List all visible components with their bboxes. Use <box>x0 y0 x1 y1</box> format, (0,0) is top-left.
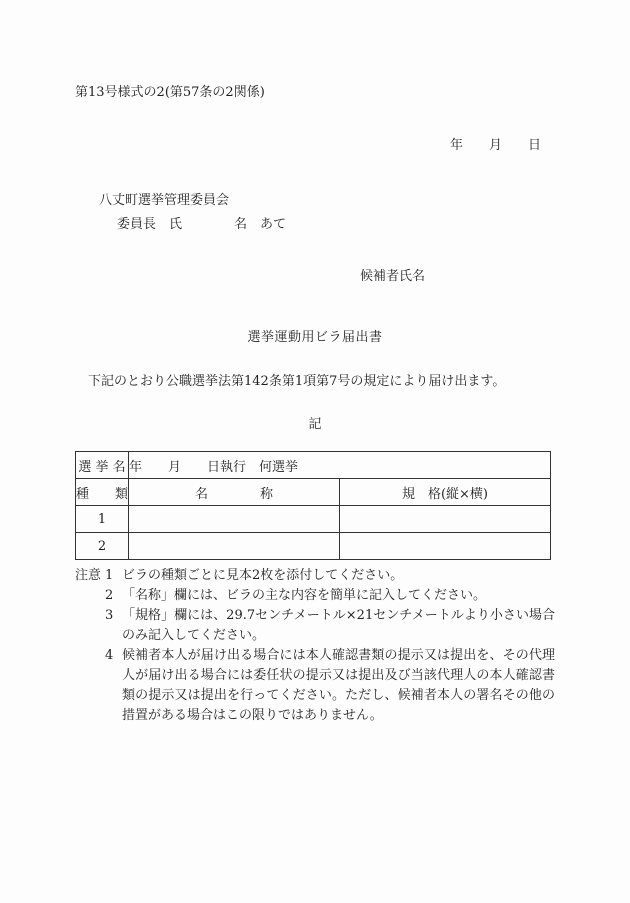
name-cell <box>129 506 340 533</box>
note-number: 3 <box>105 606 122 646</box>
ki-heading: 記 <box>0 413 630 432</box>
name-cell <box>129 533 340 560</box>
note-number: 4 <box>105 646 122 726</box>
document-page: 第13号様式の2(第57条の2関係) 年 月 日 八丈町選挙管理委員会 委員長 … <box>0 0 630 903</box>
note-item: 3 「規格」欄には、29.7センチメートル×21センチメートルより小さい場合のみ… <box>105 606 555 646</box>
date-line: 年 月 日 <box>450 134 541 153</box>
election-name-value: 年 月 日執行 何選挙 <box>129 452 551 479</box>
column-header-name: 名 称 <box>129 479 340 506</box>
flyer-notification-table: 選 挙 名 年 月 日執行 何選挙 種 類 名 称 規 格(縦×横) 1 2 <box>75 451 551 560</box>
note-item: 4 候補者本人が届け出る場合には本人確認書類の提示又は提出を、その代理人が届け出… <box>105 646 555 726</box>
election-name-label: 選 挙 名 <box>76 452 129 479</box>
declaration-text: 下記のとおり公職選挙法第142条第1項第7号の規定により届け出ます。 <box>88 370 505 389</box>
row-number: 2 <box>76 533 129 560</box>
notes-items: 1 ビラの種類ごとに見本2枚を添付してください。 2 「名称」欄には、ビラの主な… <box>105 566 555 726</box>
note-item: 1 ビラの種類ごとに見本2枚を添付してください。 <box>105 566 555 586</box>
table-header-row: 種 類 名 称 規 格(縦×横) <box>76 479 551 506</box>
note-item: 2 「名称」欄には、ビラの主な内容を簡単に記入してください。 <box>105 586 555 606</box>
table-row: 1 <box>76 506 551 533</box>
notes-label: 注意 <box>75 566 105 726</box>
spec-cell <box>340 533 551 560</box>
table-row: 2 <box>76 533 551 560</box>
note-text: 「名称」欄には、ビラの主な内容を簡単に記入してください。 <box>122 586 555 606</box>
document-title: 選挙運動用ビラ届出書 <box>0 326 630 345</box>
column-header-spec: 規 格(縦×横) <box>340 479 551 506</box>
note-text: ビラの種類ごとに見本2枚を添付してください。 <box>122 566 555 586</box>
note-text: 「規格」欄には、29.7センチメートル×21センチメートルより小さい場合のみ記入… <box>122 606 555 646</box>
note-number: 1 <box>105 566 122 586</box>
column-header-type: 種 類 <box>76 479 129 506</box>
note-text: 候補者本人が届け出る場合には本人確認書類の提示又は提出を、その代理人が届け出る場… <box>122 646 555 726</box>
election-name-row: 選 挙 名 年 月 日執行 何選挙 <box>76 452 551 479</box>
row-number: 1 <box>76 506 129 533</box>
spec-cell <box>340 506 551 533</box>
notes-section: 注意 1 ビラの種類ごとに見本2枚を添付してください。 2 「名称」欄には、ビラ… <box>75 566 555 726</box>
addressee-organization: 八丈町選挙管理委員会 <box>99 189 229 208</box>
form-number: 第13号様式の2(第57条の2関係) <box>75 81 265 100</box>
note-number: 2 <box>105 586 122 606</box>
addressee-chairperson: 委員長 氏 名 あて <box>117 213 286 232</box>
candidate-name-label: 候補者氏名 <box>360 265 425 284</box>
